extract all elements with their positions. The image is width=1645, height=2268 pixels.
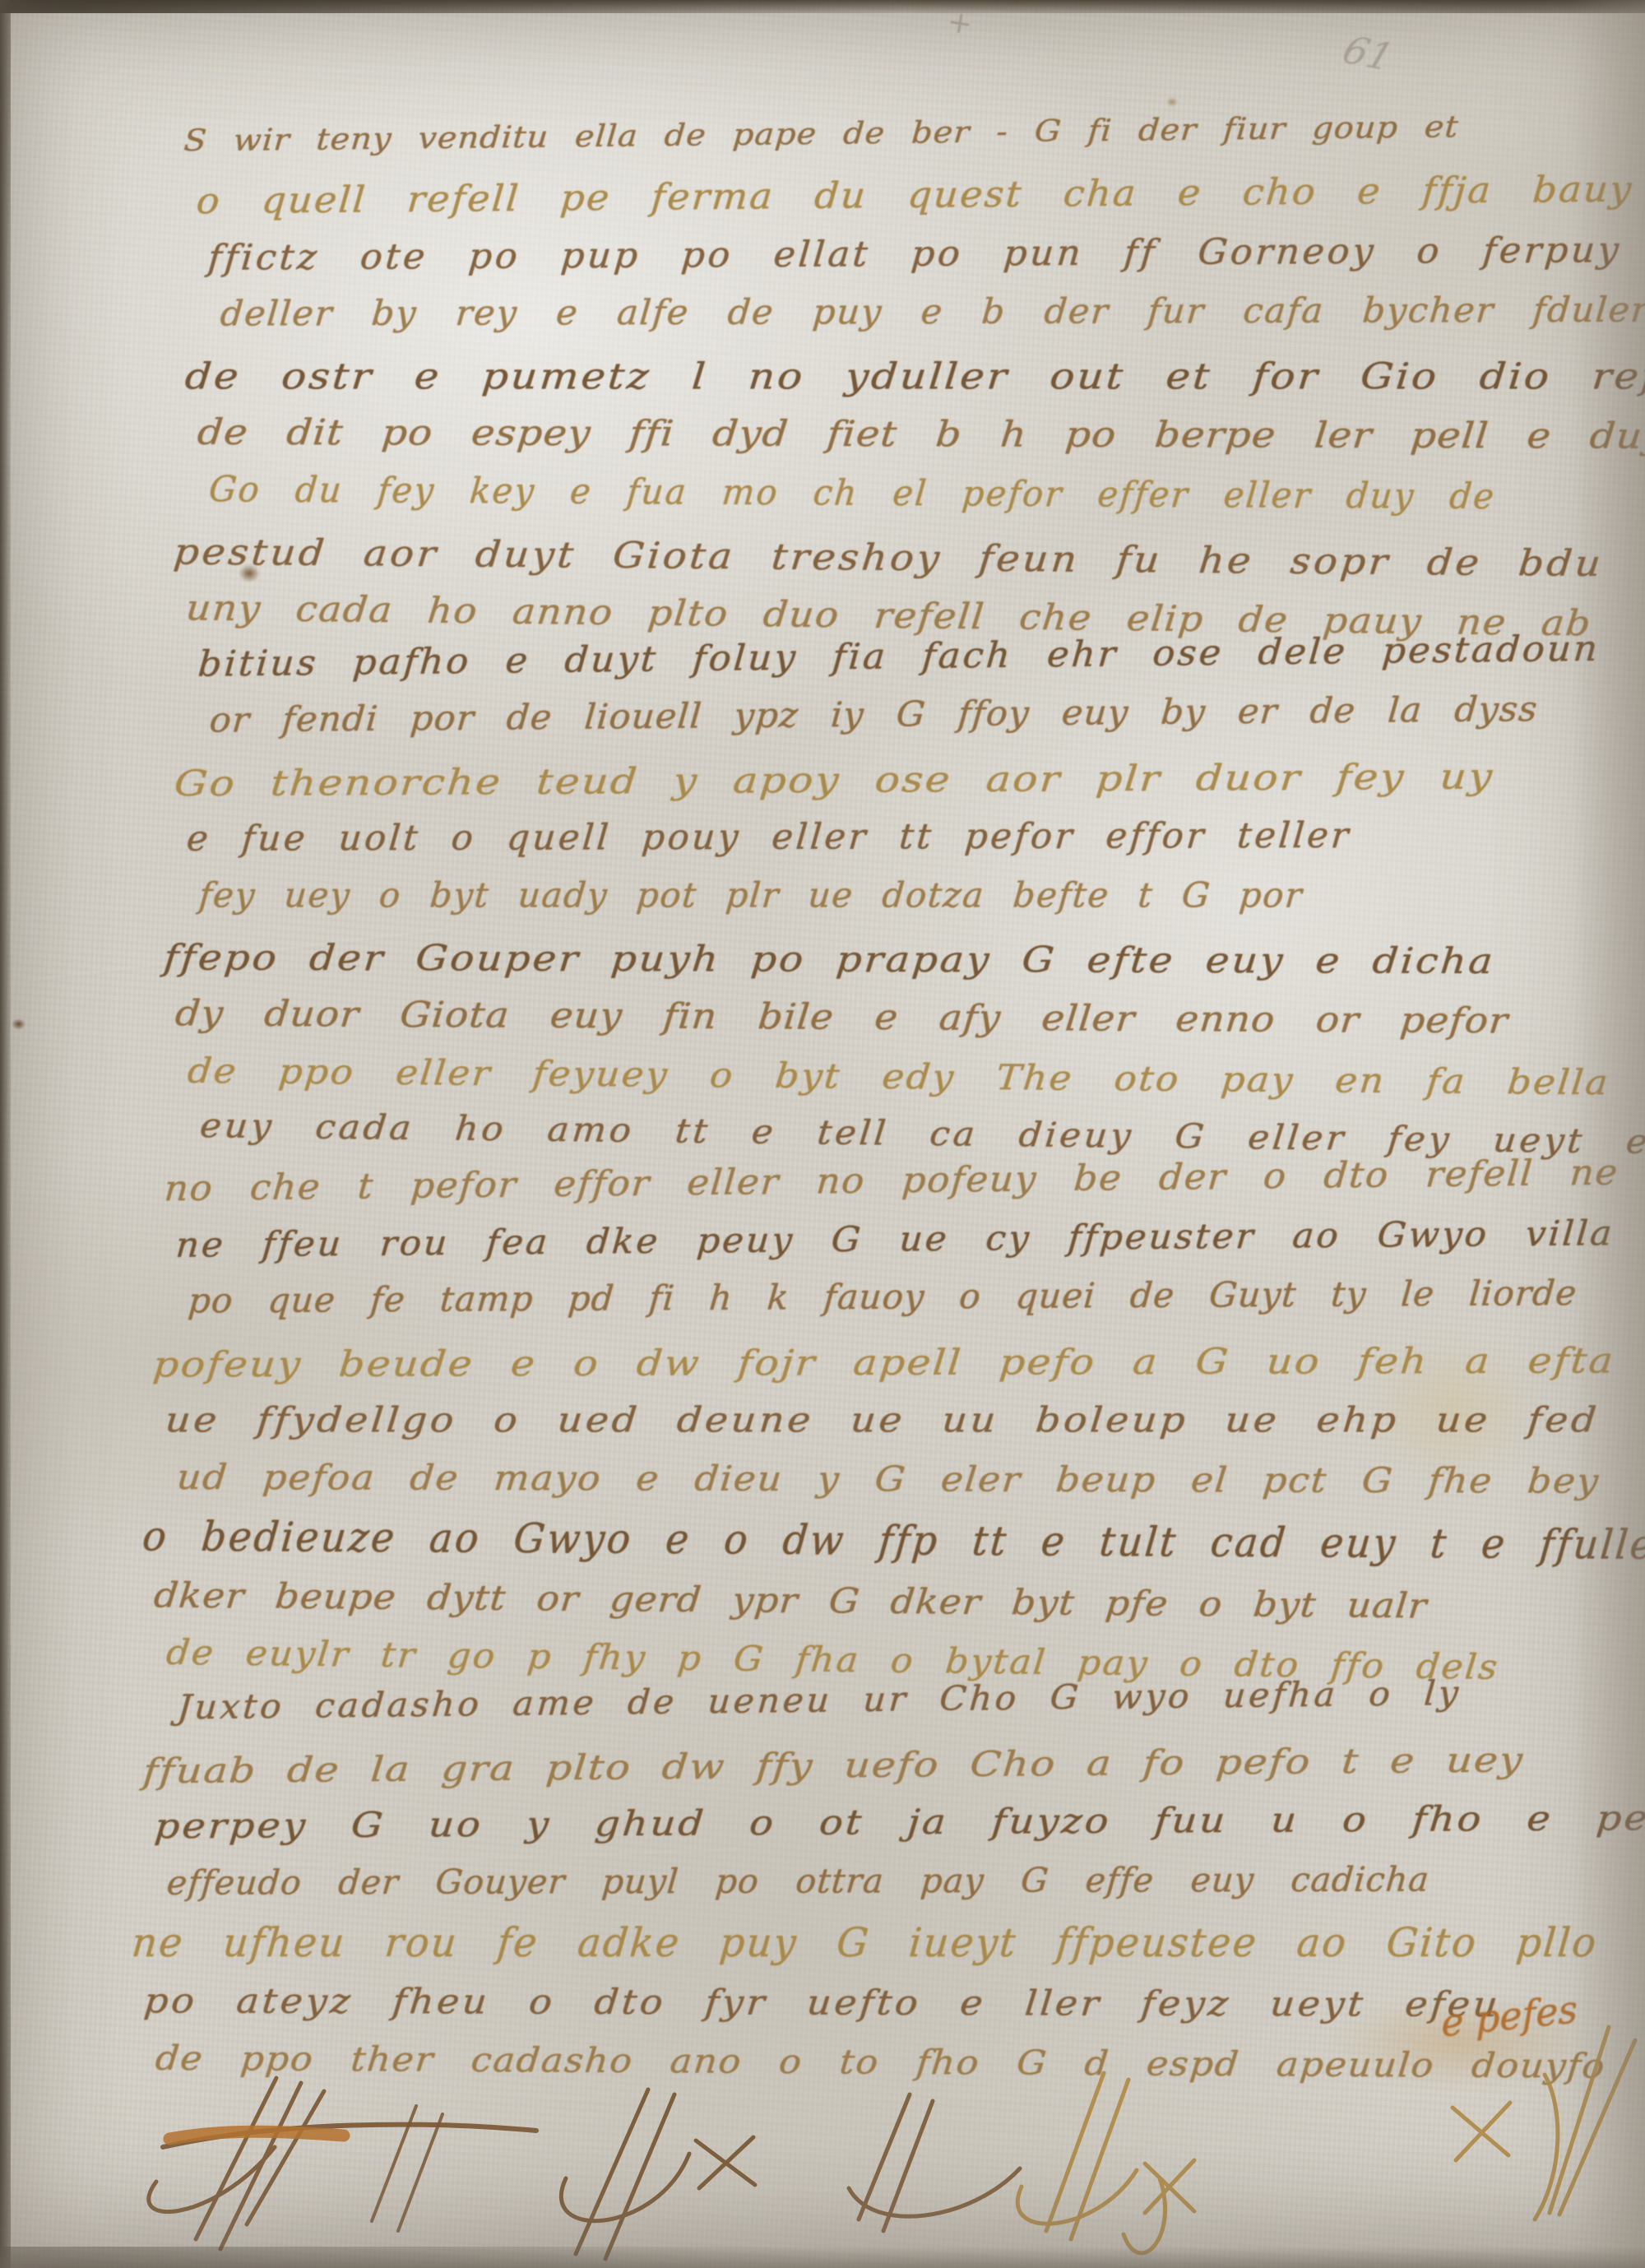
text-block: S wir teny venditu ella de pape de ber -… [0, 0, 1645, 2268]
manuscript-line: deller by rey e alfe de puy e b der fur … [219, 290, 1645, 334]
manuscript-line: dy duor Giota euy fin bile e afy eller e… [174, 994, 1510, 1041]
photo-right-shade [1571, 0, 1645, 2268]
manuscript-line: perpey G uo y ghud o ot ja fuyzo fuu u o… [153, 1798, 1645, 1848]
manuscript-line: Go thenorche teud y apoy ose aor plr duo… [173, 755, 1495, 805]
manuscript-line: fey uey o byt uady pot plr ue dotza beft… [197, 875, 1304, 916]
manuscript-line: pofeuy beude e o dw fojr apell pefo a G … [151, 1339, 1645, 1384]
manuscript-line: no che t pefor effor eller no pofeuy be … [163, 1152, 1645, 1209]
manuscript-line: de ppo eller feyuey o byt edy The oto pa… [186, 1051, 1611, 1102]
manuscript-line: ue ffydellgo o ued deune ue uu boleup ue… [164, 1400, 1601, 1440]
manuscript-line: ne ufheu rou fe adke puy G iueyt ffpeust… [130, 1919, 1600, 1965]
manuscript-line: dker beupe dytt or gerd ypr G dker byt p… [152, 1575, 1429, 1626]
manuscript-line: de ppo ther cadasho ano o to fho G d esp… [154, 2038, 1607, 2086]
manuscript-line: de dit po espey ffi dyd fiet b h po berp… [196, 412, 1645, 457]
manuscript-line: ffepo der Gouper puyh po prapay G efte e… [162, 938, 1497, 982]
manuscript-line: Juxto cadasho ame de ueneu ur Cho G wyo … [176, 1674, 1462, 1728]
manuscript-line: o bedieuze ao Gwyo e o dw ffp tt e tult … [141, 1513, 1645, 1569]
manuscript-line: S wir teny venditu ella de pape de ber -… [183, 109, 1460, 159]
photo-top-edge-shadow [0, 0, 1645, 13]
manuscript-line: ffictz ote po pup po ellat po pun ff Gor… [206, 229, 1645, 278]
manuscript-line: effeudo der Gouyer puyl po ottra pay G e… [165, 1860, 1431, 1903]
photo-left-edge-shadow [0, 0, 11, 2268]
paper-sheet: + 61 S wir teny venditu ella de pape de … [0, 0, 1645, 2268]
manuscript-line: e fue uolt o quell pouy eller tt pefor e… [185, 815, 1353, 860]
manuscript-line: o quell refell pe ferma du quest cha e c… [195, 168, 1645, 221]
manuscript-line: po ateyz fheu o dto fyr uefto e ller fey… [142, 1982, 1502, 2025]
manuscript-line: bitius pafho e duyt foluy fia fach ehr o… [197, 628, 1601, 684]
manuscript-line: ne ffeu rou fea dke peuy G ue cy ffpeust… [174, 1213, 1615, 1266]
manuscript-line: ud pefoa de mayo e dieu y G eler beup el… [175, 1457, 1601, 1501]
manuscript-line: or fendi por de liouell ypz iy G ffoy eu… [208, 689, 1540, 740]
manuscript-line: po que fe tamp pd fi h k fauoy o quei de… [187, 1274, 1578, 1321]
manuscript-line: pestud aor duyt Giota treshoy feun fu he… [172, 531, 1606, 584]
manuscript-line: Go du fey key e fua mo ch el pefor effer… [207, 469, 1498, 517]
photo-bottom-edge-shadow [0, 2247, 1645, 2268]
manuscript-photo: { "page": { "kind": "early-modern handwr… [0, 0, 1645, 2268]
manuscript-line: de ostr e pumetz l no yduller out et for… [183, 356, 1645, 398]
manuscript-line: ffuab de la gra plto dw ffy uefo Cho a f… [141, 1739, 1526, 1792]
